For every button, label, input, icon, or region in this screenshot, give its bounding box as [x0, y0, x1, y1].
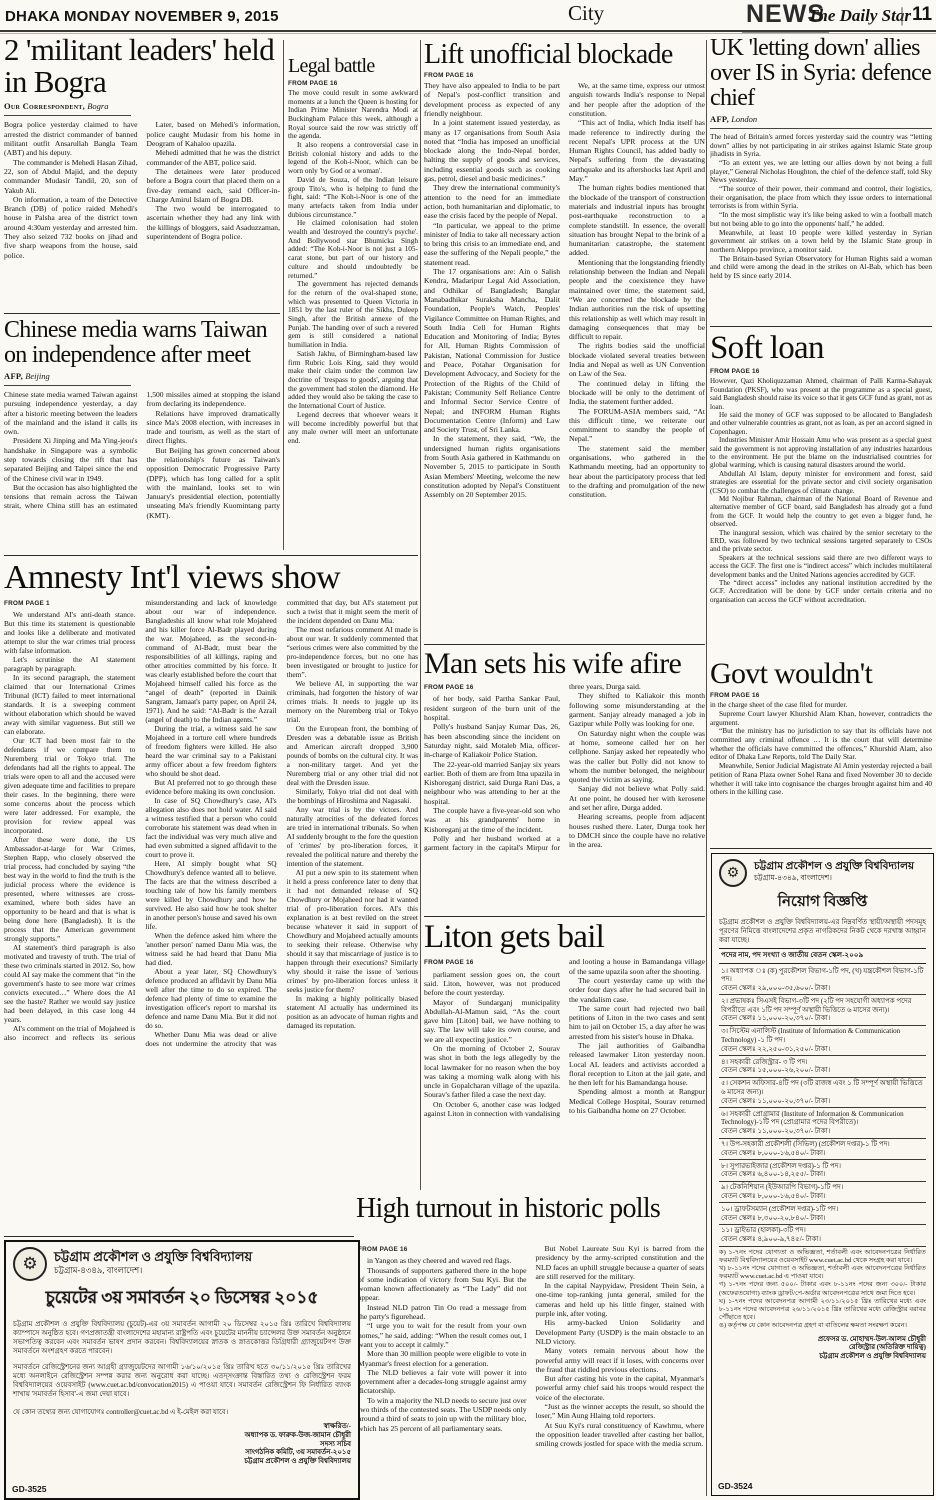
cuet-logo-icon: ⚙	[13, 1247, 47, 1281]
headline: Legal battle	[288, 56, 418, 77]
article-body: FROM PAGE 1 We understand AI's anti-deat…	[4, 598, 418, 1222]
byline: AFP, London	[710, 114, 932, 129]
article-body: in the charge sheet of the case filed fo…	[710, 701, 932, 839]
headline: Amnesty Int'l views show	[4, 560, 418, 595]
article-high-turnout-headline: High turnout in historic polls	[356, 1190, 706, 1240]
article-body: They have also appealed to India to be p…	[424, 81, 705, 633]
byline: AFP, Beijing	[4, 371, 280, 386]
article-body: FROM PAGE 16 in Yangon as they cheered a…	[358, 1244, 704, 1496]
article-liton-gets-bail: Liton gets bail FROM PAGE 16 parliament …	[424, 920, 705, 1189]
ad-header: ⚙ চট্টগ্রাম প্রকৌশল ও প্রযুক্তি বিশ্ববিদ…	[13, 1247, 351, 1281]
headline: Soft loan	[710, 331, 932, 365]
article-govt-wouldnt: Govt wouldn't FROM PAGE 16 in the charge…	[710, 658, 932, 839]
ad-header: ⚙ চট্টগ্রাম প্রকৌশল ও প্রযুক্তি বিশ্ববিদ…	[719, 859, 926, 887]
headline: UK 'letting down' allies over IS in Syri…	[710, 36, 932, 111]
from-page-label: FROM PAGE 16	[424, 72, 705, 79]
from-page-label: FROM PAGE 16	[288, 80, 418, 87]
newspaper-page: DHAKA MONDAY NOVEMBER 9, 2015 City NEWS …	[0, 0, 936, 1500]
ad-table-header: পদের নাম, পদ সংখ্যা ও জাতীয় বেতন স্কেল-…	[719, 948, 926, 964]
column-rule	[420, 40, 421, 1198]
article-amnesty-views: Amnesty Int'l views show FROM PAGE 1 We …	[4, 560, 418, 1222]
section-rule	[424, 916, 705, 917]
ad-conditions: ক) ১-৭নং পদের যোগ্যতা ও অভিজ্ঞতা, শর্তাব…	[719, 1249, 926, 1331]
from-page-label: FROM PAGE 16	[358, 1245, 527, 1254]
article-lift-blockade: Lift unofficial blockade FROM PAGE 16 Th…	[424, 40, 705, 633]
headline: Lift unofficial blockade	[424, 40, 705, 69]
from-page-label: FROM PAGE 1	[4, 599, 135, 608]
masthead-date: DHAKA MONDAY NOVEMBER 9, 2015	[5, 8, 279, 25]
ad-job-notice-title: নিয়োগ বিজ্ঞপ্তি	[719, 890, 926, 915]
article-soft-loan: Soft loan FROM PAGE 16 However, Qazi Kho…	[710, 331, 932, 645]
article-uk-defence-chief: UK 'letting down' allies over IS in Syri…	[710, 36, 932, 311]
masthead-paper-name: The Daily Star	[808, 6, 911, 26]
article-body: FROM PAGE 16 parliament session goes on,…	[424, 957, 705, 1189]
article-body: However, Qazi Kholiquzzaman Ahmed, chair…	[710, 377, 932, 645]
masthead-section-city: City	[568, 1, 604, 26]
byline-rule	[4, 383, 131, 386]
cuet-logo-icon: ⚙	[719, 859, 747, 887]
article-body: FROM PAGE 16 of her body, said Partha Sa…	[424, 682, 705, 902]
masthead-page-number: 11	[912, 4, 932, 26]
ad-cuet-convocation: ⚙ চট্টগ্রাম প্রকৌশল ও প্রযুক্তি বিশ্ববিদ…	[4, 1240, 360, 1500]
ad-gd-number: GD-3524	[718, 1481, 753, 1491]
headline: Man sets his wife afire	[424, 648, 705, 679]
section-rule	[710, 848, 932, 849]
section-rule	[4, 555, 418, 556]
ad-signature: স্বাক্ষরিত/-অধ্যাপক ড. ফারুক-উজ-জামান চৌ…	[13, 1422, 351, 1466]
byline-rule	[710, 126, 932, 129]
article-body: Bogra police yesterday claimed to have a…	[4, 120, 280, 308]
ad-job-list: ১। অধ্যাপক ঃ (ক) পুরকৌশল বিভাগ-১টি পদ, (…	[719, 965, 926, 1247]
from-page-label: FROM PAGE 16	[710, 692, 932, 699]
ad-university-address: চট্টগ্রাম-৪৩৪৯, বাংলাদেশ।	[54, 1264, 252, 1278]
byline-rule	[4, 113, 131, 116]
headline: 2 'militant leaders' held in Bogra	[4, 34, 280, 98]
ad-university-name: চট্টগ্রাম প্রকৌশল ও প্রযুক্তি বিশ্ববিদ্য…	[54, 1250, 252, 1264]
section-rule	[4, 1236, 354, 1237]
section-rule	[4, 313, 280, 314]
article-body: Chinese state media warned Taiwan agains…	[4, 390, 280, 548]
ad-gd-number: GD-3525	[12, 1484, 47, 1494]
ad-university-address: চট্টগ্রাম-৪৩৪৯, বাংলাদেশ।	[754, 873, 914, 885]
ad-intro-text: চট্টগ্রাম প্রকৌশল ও প্রযুক্তি বিশ্ববিদ্য…	[719, 918, 926, 945]
article-militants-held-bogra: 2 'militant leaders' held in Bogra Our C…	[4, 34, 280, 308]
headline: Liton gets bail	[424, 920, 705, 954]
article-body: The head of Britain's armed forces yeste…	[710, 133, 932, 311]
headline: Chinese media warns Taiwan on independen…	[4, 318, 280, 368]
article-man-sets-wife-afire: Man sets his wife afire FROM PAGE 16 of …	[424, 648, 705, 902]
from-page-label: FROM PAGE 16	[424, 958, 560, 967]
article-body: The move could result in some awkward mo…	[288, 89, 418, 537]
headline: Govt wouldn't	[710, 658, 932, 689]
column-rule	[283, 40, 284, 550]
article-legal-battle: Legal battle FROM PAGE 16 The move could…	[288, 56, 418, 537]
from-page-label: FROM PAGE 16	[424, 683, 560, 692]
column-rule	[706, 40, 707, 1496]
ad-convocation-title: চুয়েটের ৩য় সমাবর্তন ২০ ডিসেম্বর ২০১৫	[13, 1285, 351, 1313]
ad-contact-line: যে কোন তথ্যের জন্য যোগাযোগঃ controller@c…	[13, 1406, 351, 1418]
from-page-label: FROM PAGE 16	[710, 368, 932, 375]
section-rule	[424, 644, 705, 645]
ad-university-name: চট্টগ্রাম প্রকৌশল ও প্রযুক্তি বিশ্ববিদ্য…	[754, 861, 914, 873]
ad-convocation-text: চট্টগ্রাম প্রকৌশল ও প্রযুক্তি বিশ্ববিদ্য…	[13, 1320, 351, 1399]
byline: Our Correspondent, Bogra	[4, 101, 280, 116]
section-rule	[710, 326, 932, 327]
masthead-divider: |	[900, 4, 904, 27]
article-high-turnout: FROM PAGE 16 in Yangon as they cheered a…	[358, 1244, 704, 1496]
ad-signature: প্রফেসর ড. মোহাম্মদ-উল-আলম চৌধুরীরেজিস্ট…	[719, 1335, 926, 1361]
ad-cuet-jobs: ⚙ চট্টগ্রাম প্রকৌশল ও প্রযুক্তি বিশ্ববিদ…	[711, 853, 934, 1496]
article-chinese-media-taiwan: Chinese media warns Taiwan on independen…	[4, 318, 280, 548]
